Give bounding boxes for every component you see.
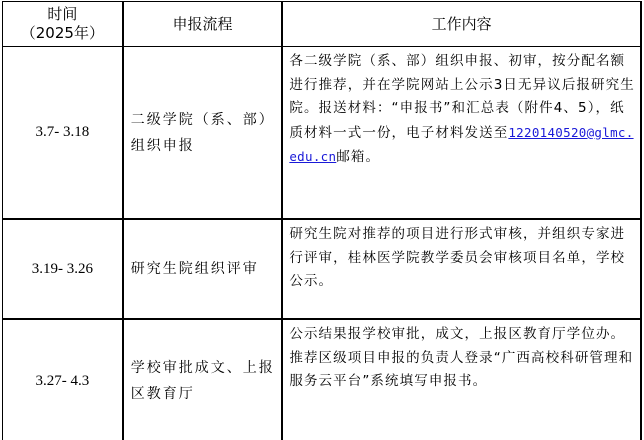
row-content: 各二级学院（系、部）组织申报、初审，按分配名额进行推荐，并在学院网站上公示3日无… [282,47,641,220]
row-process: 二级学院（系、部）组织申报 [123,47,283,220]
header-time-label: 时间 [3,5,122,24]
header-content: 工作内容 [282,2,641,47]
header-time: 时间 （2025年） [3,2,123,47]
header-process: 申报流程 [123,2,283,47]
row-content: 研究生院对推荐的项目进行形式审核，并组织专家进行评审，桂林医学院教学委员会审核项… [282,219,641,319]
table-header-row: 时间 （2025年） 申报流程 工作内容 [3,2,642,47]
content-text-tail: 邮箱。 [336,149,380,165]
table-row: 3.19- 3.26 研究生院组织评审 研究生院对推荐的项目进行形式审核，并组织… [3,219,642,319]
table-row: 3.27- 4.3 学校审批成文、上报区教育厅 公示结果报学校审批，成文，上报区… [3,319,642,440]
application-schedule-table: 时间 （2025年） 申报流程 工作内容 3.7- 3.18 二级学院（系、部）… [2,1,642,440]
row-time: 3.7- 3.18 [3,47,123,220]
row-process: 学校审批成文、上报区教育厅 [123,319,283,440]
header-time-year: （2025年） [3,24,122,43]
row-time: 3.19- 3.26 [3,219,123,319]
table-row: 3.7- 3.18 二级学院（系、部）组织申报 各二级学院（系、部）组织申报、初… [3,47,642,220]
row-process: 研究生院组织评审 [123,219,283,319]
row-content: 公示结果报学校审批，成文，上报区教育厅学位办。推荐区级项目申报的负责人登录“广西… [282,319,641,440]
row-time: 3.27- 4.3 [3,319,123,440]
